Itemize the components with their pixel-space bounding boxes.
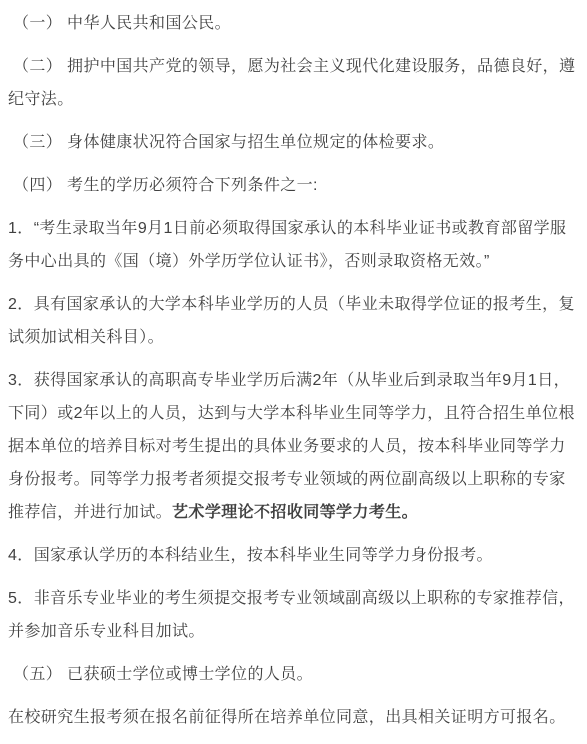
requirement-3-equivalent-qualification: 3．获得国家承认的高职高专毕业学历后满2年（从毕业后到录取当年9月1日，下同）或… <box>8 364 579 529</box>
clause-2-political: （二） 拥护中国共产党的领导，愿为社会主义现代化建设服务，品德良好，遵纪守法。 <box>8 50 579 116</box>
requirement-5-non-music-majors: 5．非音乐专业毕业的考生须提交报考专业领域副高级以上职称的专家推荐信，并参加音乐… <box>8 582 579 648</box>
article-body: （一） 中华人民共和国公民。 （二） 拥护中国共产党的领导，愿为社会主义现代化建… <box>0 0 587 734</box>
requirement-2-bachelor-graduates: 2．具有国家承认的大学本科毕业学历的人员（毕业未取得学位证的报考生，复试须加试相… <box>8 288 579 354</box>
clause-4-education-intro: （四） 考生的学历必须符合下列条件之一: <box>8 169 579 202</box>
requirement-3-bold-note: 艺术学理论不招收同等学力考生。 <box>172 504 418 521</box>
requirement-1-bachelor-certificate: 1．“考生录取当年9月1日前必须取得国家承认的本科毕业证书或教育部留学服务中心出… <box>8 212 579 278</box>
clause-3-health: （三） 身体健康状况符合国家与招生单位规定的体检要求。 <box>8 126 579 159</box>
requirement-3-text: 3．获得国家承认的高职高专毕业学历后满2年（从毕业后到录取当年9月1日，下同）或… <box>8 372 575 521</box>
clause-1-citizenship: （一） 中华人民共和国公民。 <box>8 7 579 40</box>
requirement-4-completion-students: 4．国家承认学历的本科结业生，按本科毕业生同等学力身份报考。 <box>8 539 579 572</box>
note-enrolled-graduate-students: 在校研究生报考须在报名前征得所在培养单位同意，出具相关证明方可报名。 <box>8 701 579 734</box>
clause-5-degree-holders: （五） 已获硕士学位或博士学位的人员。 <box>8 658 579 691</box>
